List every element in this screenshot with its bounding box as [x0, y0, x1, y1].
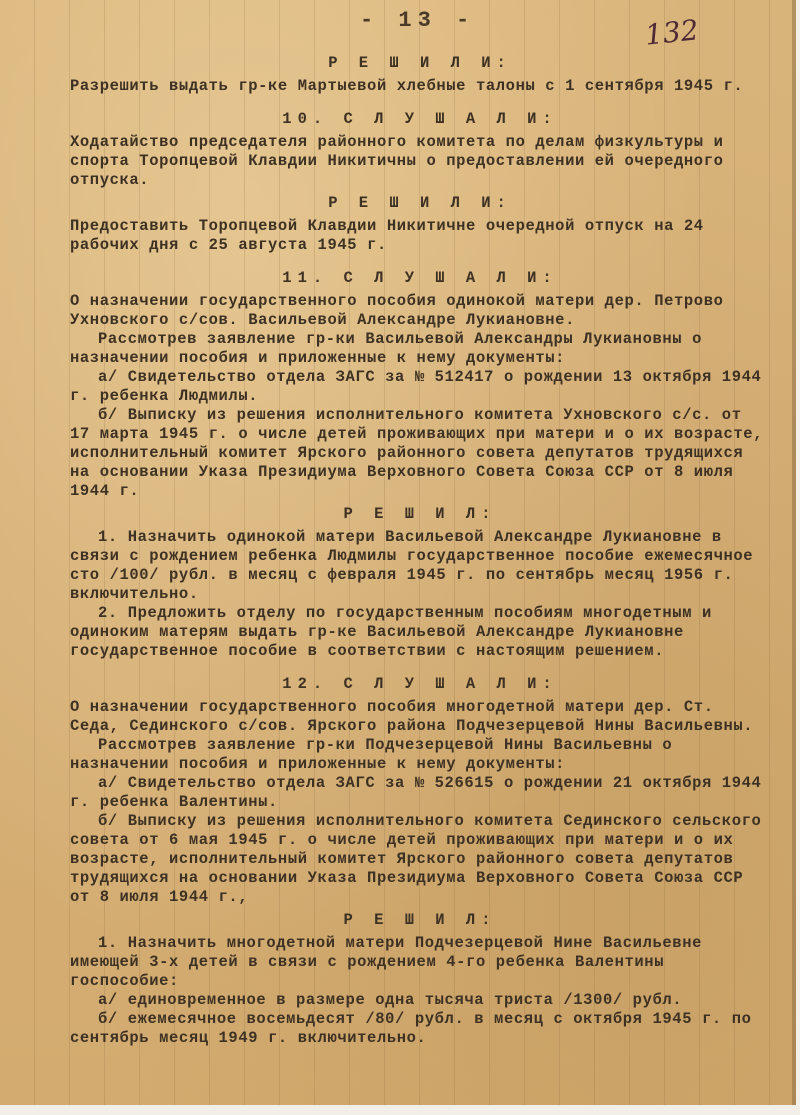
- section-heading: 11. С Л У Ш А Л И:: [70, 269, 770, 288]
- section-heading: Р Е Ш И Л И:: [70, 54, 770, 73]
- paragraph: б/ ежемесячное восемьдесят /80/ рубл. в …: [70, 1010, 770, 1048]
- section-heading: 12. С Л У Ш А Л И:: [70, 675, 770, 694]
- paragraph: а/ Свидетельство отдела ЗАГС за № 512417…: [70, 368, 770, 406]
- document-body: Р Е Ш И Л И:Разрешить выдать гр-ке Марты…: [70, 50, 770, 1048]
- paragraph: а/ единовременное в размере одна тысяча …: [70, 991, 770, 1010]
- paragraph: 1. Назначить одинокой матери Васильевой …: [70, 528, 770, 604]
- section-heading: Р Е Ш И Л И:: [70, 194, 770, 213]
- archive-folio-number: 132: [643, 13, 700, 51]
- scan-margin: [0, 1105, 800, 1115]
- section-heading: 10. С Л У Ш А Л И:: [70, 110, 770, 129]
- document-page: - 13 - 132 Р Е Ш И Л И:Разрешить выдать …: [0, 0, 796, 1105]
- paragraph: б/ Выписку из решения исполнительного ко…: [70, 406, 770, 501]
- paragraph: б/ Выписку из решения исполнительного ко…: [70, 812, 770, 907]
- paragraph: О назначении государственного пособия мн…: [70, 698, 770, 736]
- paragraph: а/ Свидетельство отдела ЗАГС за № 526615…: [70, 774, 770, 812]
- page-number: - 13 -: [360, 8, 475, 33]
- paragraph: Рассмотрев заявление гр-ки Васильевой Ал…: [70, 330, 770, 368]
- paragraph: Ходатайство председателя районного комит…: [70, 133, 770, 190]
- section-heading: Р Е Ш И Л:: [70, 505, 770, 524]
- paragraph: О назначении государственного пособия од…: [70, 292, 770, 330]
- paragraph: 1. Назначить многодетной матери Подчезер…: [70, 934, 770, 991]
- paragraph: Предоставить Торопцевой Клавдии Никитичн…: [70, 217, 770, 255]
- paragraph: 2. Предложить отделу по государственным …: [70, 604, 770, 661]
- paragraph: Разрешить выдать гр-ке Мартыевой хлебные…: [70, 77, 770, 96]
- paper-edge: [792, 0, 796, 1105]
- paragraph: Рассмотрев заявление гр-ки Подчезерцевой…: [70, 736, 770, 774]
- section-heading: Р Е Ш И Л:: [70, 911, 770, 930]
